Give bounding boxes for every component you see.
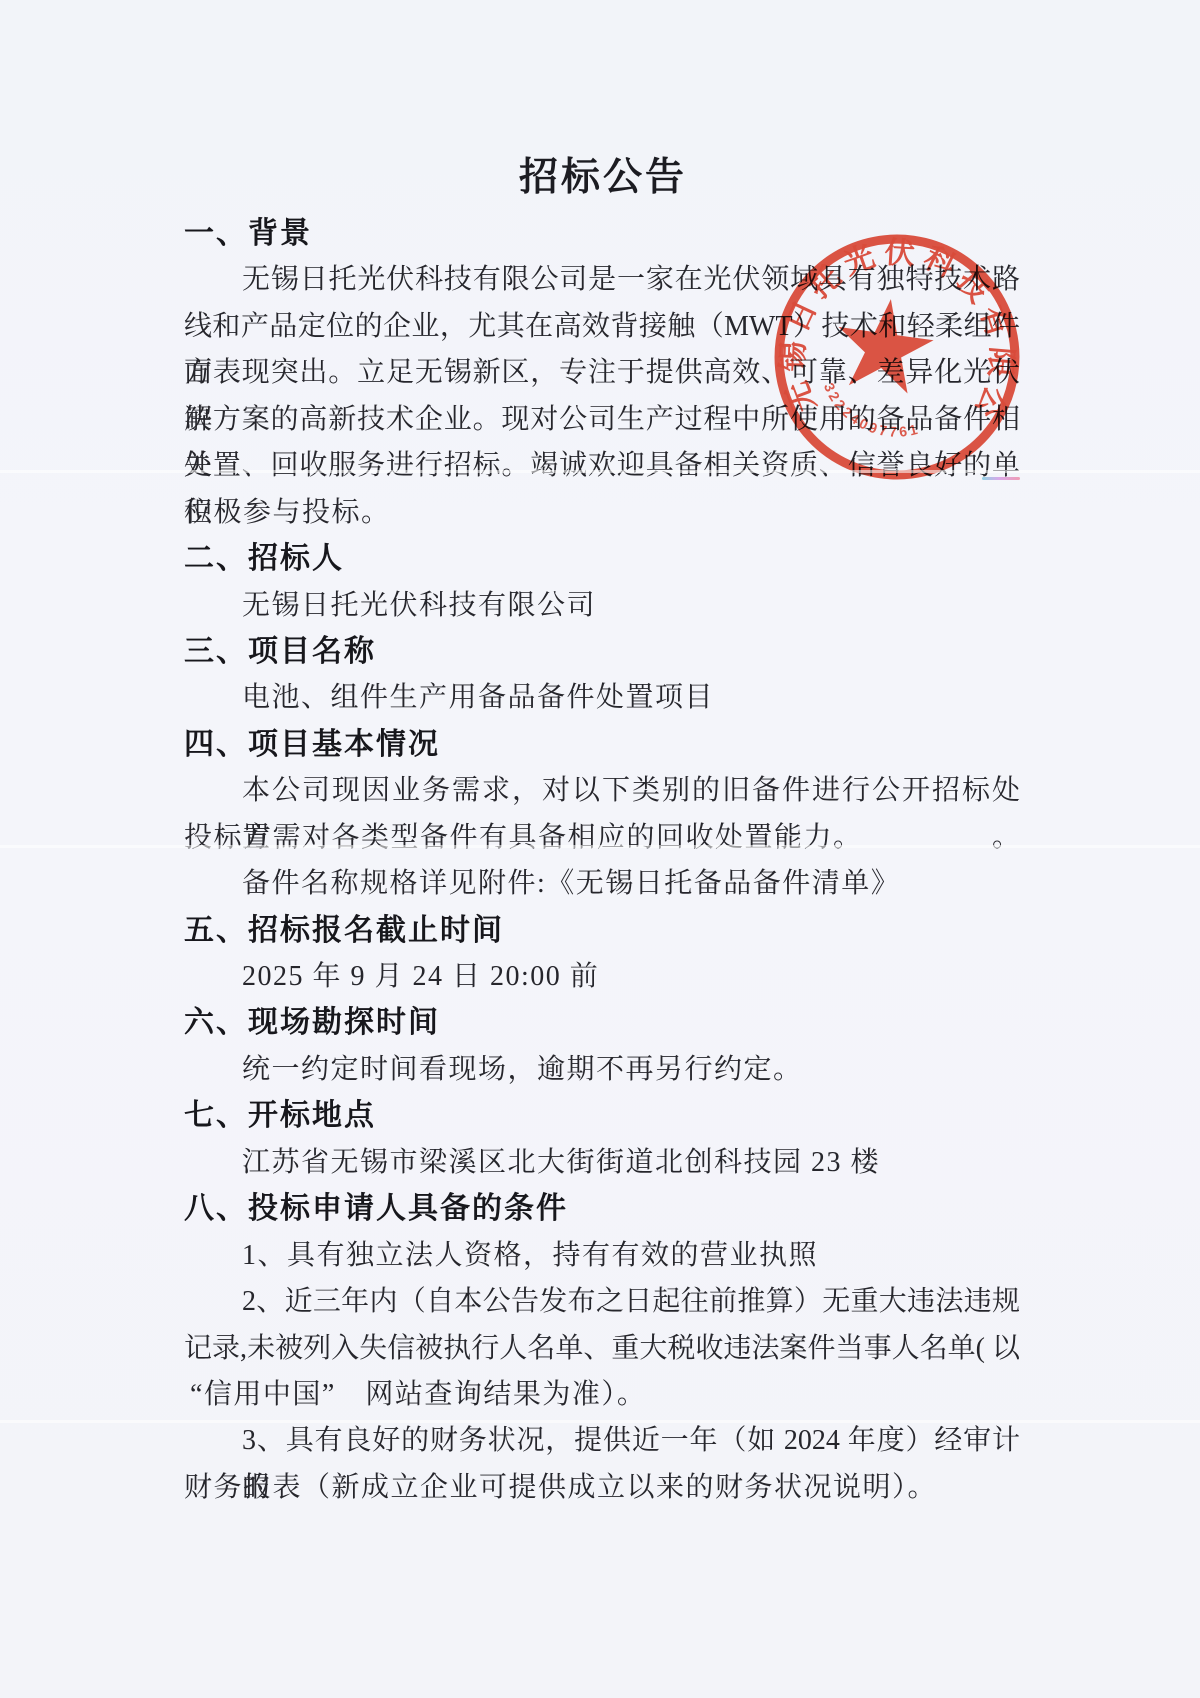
body-line: 财务报表（新成立企业可提供成立以来的财务状况说明）。 [184,1465,1020,1511]
section-heading-opening-location: 七、开标地点 [184,1093,1020,1139]
body-line: “信用中国” 网站查询结果为准）。 [184,1372,1020,1418]
body-line: 无锡日托光伏科技有限公司 [184,583,1020,629]
company-seal: 无锡日托光伏科技有限公司 32224097761 [770,230,1024,484]
section-heading-project-overview: 四、项目基本情况 [184,722,1020,768]
body-line: 电池、组件生产用备品备件处置项目 [184,675,1020,721]
body-line: 1、具有独立法人资格，持有有效的营业执照 [184,1233,1020,1279]
body-line: 3、具有良好的财务状况，提供近一年（如 2024 年度）经审计的 [184,1418,1020,1464]
body-line: 备件名称规格详见附件:《无锡日托备品备件清单》 [184,861,1020,907]
svg-text:32224097761: 32224097761 [815,378,928,444]
body-line: 积极参与投标。 [184,490,1020,536]
section-heading-tenderee: 二、招标人 [184,536,1020,582]
body-line: 统一约定时间看现场，逾期不再另行约定。 [184,1047,1020,1093]
body-line: 本公司现因业务需求，对以下类别的旧备件进行公开招标处置。 [184,768,1020,814]
highlight-artifact [982,477,1020,480]
seal-serial-number: 32224097761 [815,378,928,444]
body-line: 2、近三年内（自本公告发布之日起往前推算）无重大违法违规 [184,1279,1020,1325]
section-heading-site-visit: 六、现场勘探时间 [184,1000,1020,1046]
body-line: 江苏省无锡市梁溪区北大街街道北创科技园 23 楼 [184,1140,1020,1186]
scan-streak [0,470,1200,473]
scan-streak [0,1420,1200,1423]
star-icon [831,292,939,396]
section-heading-bidder-requirements: 八、投标申请人具备的条件 [184,1186,1020,1232]
body-line: 2025 年 9 月 24 日 20:00 前 [184,954,1020,1000]
section-heading-project-name: 三、项目名称 [184,629,1020,675]
scan-streak [0,845,1200,848]
section-heading-deadline: 五、招标报名截止时间 [184,908,1020,954]
body-line: 记录,未被列入失信被执行人名单、重大税收违法案件当事人名单( 以 [184,1326,1020,1372]
page-title: 招标公告 [0,146,1200,202]
